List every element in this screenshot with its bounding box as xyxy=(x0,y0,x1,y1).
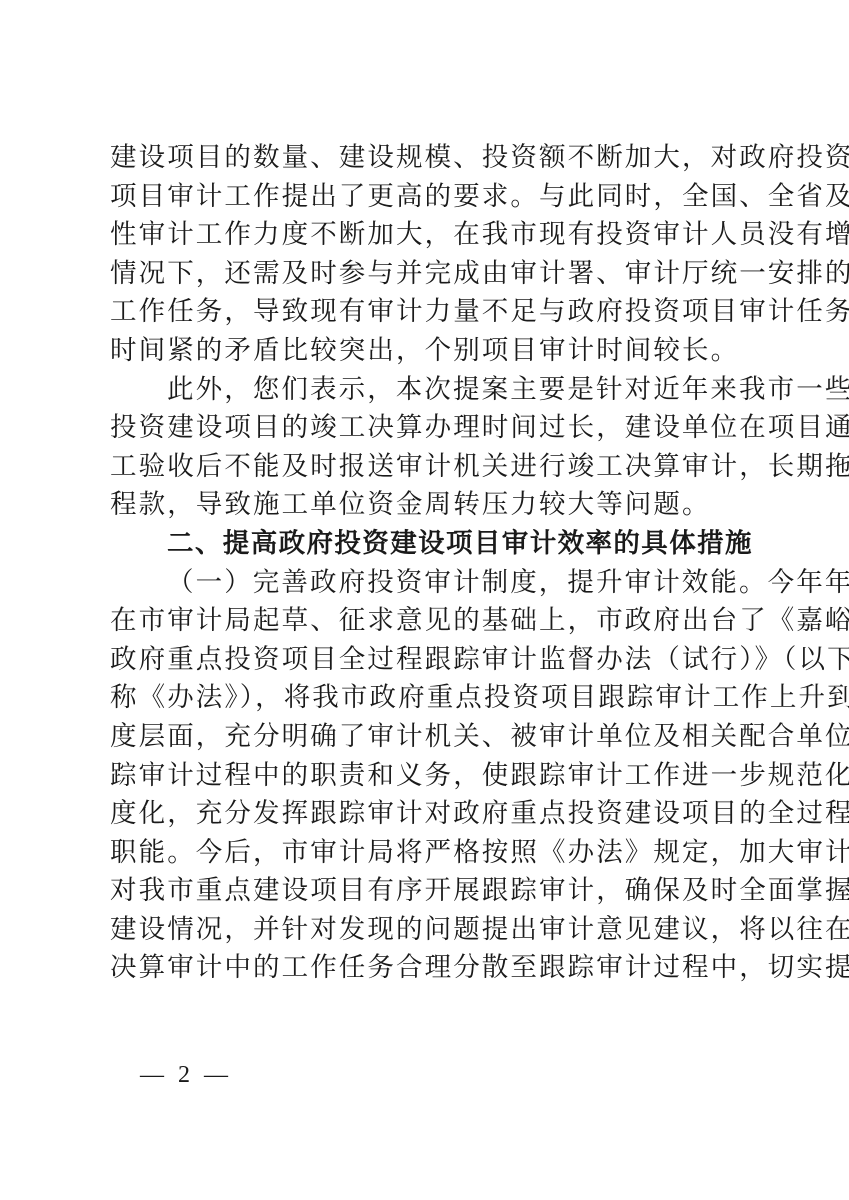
section-heading: 二、提高政府投资建设项目审计效率的具体措施 xyxy=(110,525,742,564)
text-line: 在市审计局起草、征求意见的基础上，市政府出台了《嘉峪关市 xyxy=(110,602,742,641)
text-line: 称《办法》），将我市政府重点投资项目跟踪审计工作上升到制 xyxy=(110,679,742,718)
text-line: 政府重点投资项目全过程跟踪审计监督办法（试行）》（以下简 xyxy=(110,641,742,680)
text-line: 此外，您们表示，本次提案主要是针对近年来我市一些政府 xyxy=(110,371,742,410)
text-line: 工作任务，导致现有审计力量不足与政府投资项目审计任务重、 xyxy=(110,293,742,332)
text-line: （一）完善政府投资审计制度，提升审计效能。今年年初， xyxy=(110,564,742,603)
text-line: 踪审计过程中的职责和义务，使跟踪审计工作进一步规范化、制 xyxy=(110,757,742,796)
text-line: 情况下，还需及时参与并完成由审计署、审计厅统一安排的相关 xyxy=(110,255,742,294)
text-line: 项目审计工作提出了更高的要求。与此同时，全国、全省及区域 xyxy=(110,178,742,217)
body-text: 建设项目的数量、建设规模、投资额不断加大，对政府投资建设 项目审计工作提出了更高… xyxy=(110,139,742,988)
text-line: 投资建设项目的竣工决算办理时间过长，建设单位在项目通过竣 xyxy=(110,409,742,448)
text-line: 决算审计中的工作任务合理分散至跟踪审计过程中，切实提升政 xyxy=(110,949,742,988)
text-line: 建设情况，并针对发现的问题提出审计意见建议，将以往在竣工 xyxy=(110,911,742,950)
text-line: 职能。今后，市审计局将严格按照《办法》规定，加大审计力度， xyxy=(110,834,742,873)
text-line: 度化，充分发挥跟踪审计对政府重点投资建设项目的全过程监督 xyxy=(110,795,742,834)
text-line: 程款，导致施工单位资金周转压力较大等问题。 xyxy=(110,486,742,525)
text-line: 时间紧的矛盾比较突出，个别项目审计时间较长。 xyxy=(110,332,742,371)
text-line: 建设项目的数量、建设规模、投资额不断加大，对政府投资建设 xyxy=(110,139,742,178)
text-line: 度层面，充分明确了审计机关、被审计单位及相关配合单位在跟 xyxy=(110,718,742,757)
text-line: 工验收后不能及时报送审计机关进行竣工决算审计，长期拖欠工 xyxy=(110,448,742,487)
page-number: — 2 — xyxy=(140,1062,232,1089)
document-page: 建设项目的数量、建设规模、投资额不断加大，对政府投资建设 项目审计工作提出了更高… xyxy=(0,0,849,1200)
text-line: 对我市重点建设项目有序开展跟踪审计，确保及时全面掌握项目 xyxy=(110,872,742,911)
text-line: 性审计工作力度不断加大，在我市现有投资审计人员没有增加的 xyxy=(110,216,742,255)
